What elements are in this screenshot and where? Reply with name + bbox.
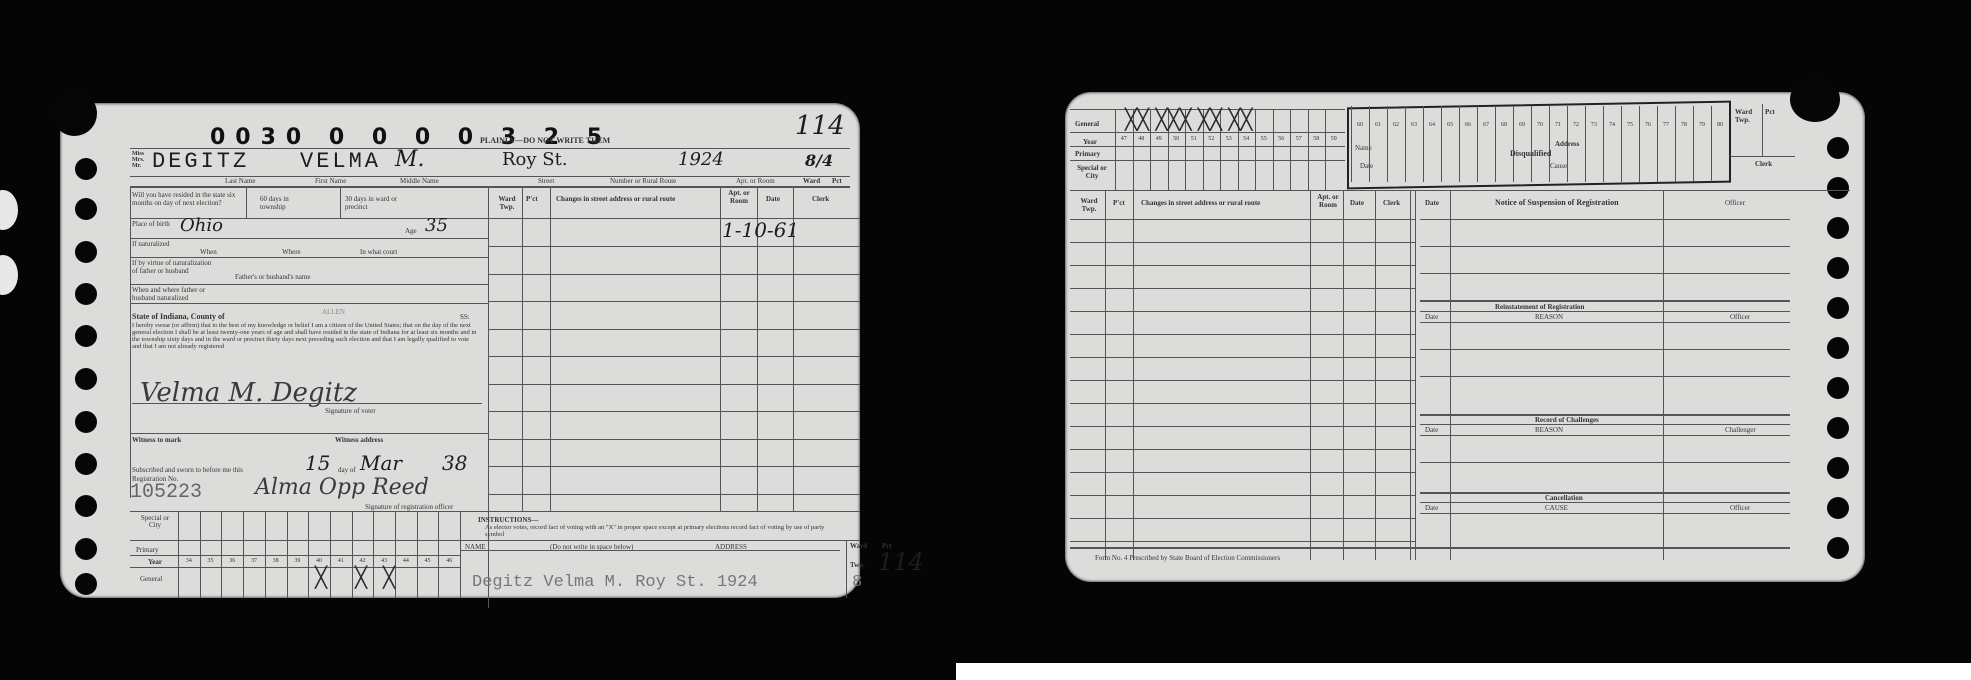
label-witness-address: Witness address (335, 436, 383, 444)
typed-name-address: Degitz Velma M. Roy St. 1924 (472, 573, 758, 592)
col-cancel-officer: Officer (1730, 504, 1750, 512)
vote-mark: ╳╳ ╳╳╳ ╳╳ ╳╳ (1125, 107, 1252, 131)
number-value: 1924 (678, 149, 724, 170)
year-cell: 54 (1238, 136, 1256, 142)
table-row-line (1070, 495, 1415, 496)
col-cancel-cause: CAUSE (1545, 504, 1568, 512)
reinstatement-title: Reinstatement of Registration (1495, 303, 1584, 311)
table-row-line (1070, 242, 1415, 243)
label-residency-state: Will you have resided in the state six m… (132, 191, 242, 207)
year-cell: 80 (1711, 122, 1729, 128)
first-name-value: VELMA (300, 149, 381, 174)
middle-name-value: M. (395, 147, 425, 172)
col-clerk: Clerk (1383, 199, 1400, 207)
table-row-line (1070, 334, 1415, 335)
label-street: Street (538, 177, 554, 185)
year-cell: 66 (1459, 122, 1477, 128)
year-cell: 79 (1693, 122, 1711, 128)
punch-hole (75, 325, 97, 347)
table-row-line (488, 356, 860, 357)
label-box-date: Date (1360, 162, 1373, 170)
change-date-value: 1-10-61 (722, 218, 799, 242)
label-ward: Ward (803, 177, 820, 185)
table-row-line (1070, 449, 1415, 450)
year-cell: 63 (1405, 122, 1423, 128)
col-suspension-date: Date (1425, 199, 1439, 207)
year-cell: 46 (438, 558, 460, 564)
table-row-line (1070, 288, 1415, 289)
label-when-where: When and where father or husband natural… (132, 286, 222, 302)
col-clerk: Clerk (812, 195, 829, 203)
county-value: ALLEN (322, 308, 345, 316)
cancellation-title: Cancellation (1545, 494, 1583, 502)
col-pct: P'ct (1113, 199, 1125, 207)
place-of-birth-value: Ohio (180, 215, 223, 236)
ward-pct-value: 8/4 (805, 151, 833, 170)
label-last-name: Last Name (225, 177, 256, 185)
table-row-line (1070, 380, 1415, 381)
table-row-line (488, 384, 860, 385)
year-cell: 41 (330, 558, 352, 564)
challenges-title: Record of Challenges (1535, 416, 1599, 424)
table-row-line (1070, 426, 1415, 427)
year-cell: 52 (1203, 136, 1221, 142)
label-middle-name: Middle Name (400, 177, 439, 185)
year-cell: 49 (1150, 136, 1168, 142)
corner-damage (1790, 77, 1840, 122)
col-ward-twp: Ward Twp. (494, 195, 520, 211)
punch-hole (75, 411, 97, 433)
punch-hole (1827, 497, 1849, 519)
label-state-county: State of Indiana, County of (132, 313, 225, 321)
label-year: Year (148, 558, 162, 566)
day-value: 15 (305, 451, 330, 475)
col-ward-twp: Ward Twp. (1075, 197, 1103, 213)
registration-card-back: General Year Primary Special or City 474… (1065, 92, 1865, 582)
label-primary: Primary (1075, 150, 1100, 158)
year-value: 38 (442, 451, 467, 475)
label-signature: Signature of voter (325, 407, 376, 415)
year-cell: 60 (1351, 122, 1369, 128)
col-reinstatement-date: Date (1425, 313, 1438, 321)
table-row-line (488, 301, 860, 302)
year-cell: 56 (1273, 136, 1291, 142)
label-primary: Primary (136, 546, 159, 554)
label-naturalized: If naturalized (132, 240, 177, 248)
label-ward-bottom: Ward (850, 542, 867, 550)
year-cell: 68 (1495, 122, 1513, 128)
table-row-line (1070, 541, 1415, 542)
corner-note: 114 (795, 111, 845, 141)
typed-ward: 8 (852, 573, 862, 592)
col-date: Date (766, 195, 780, 203)
label-ward-twp-top: Ward Twp. (1735, 108, 1759, 124)
year-cell: 50 (1168, 136, 1186, 142)
film-edge-mark (0, 255, 18, 295)
year-cell: 61 (1369, 122, 1387, 128)
officer-signature: Alma Opp Reed (255, 475, 429, 500)
label-number: Number or Rural Route (610, 177, 676, 185)
year-cell: 59 (1325, 136, 1343, 142)
year-cell: 36 (221, 558, 243, 564)
punch-hole (75, 241, 97, 263)
year-cell: 78 (1675, 122, 1693, 128)
table-row-line (488, 466, 860, 467)
table-row-line (1070, 357, 1415, 358)
label-clerk-top: Clerk (1755, 160, 1772, 168)
punch-hole (1827, 417, 1849, 439)
punch-hole (1827, 297, 1849, 319)
vote-mark: ╳ (355, 565, 367, 589)
age-value: 35 (425, 215, 448, 236)
month-value: Mar (360, 451, 402, 475)
vote-mark: ╳ (315, 565, 327, 589)
label-apt: Apt. or Room (736, 177, 775, 185)
year-cell: 38 (265, 558, 287, 564)
punch-hole (75, 573, 97, 595)
punch-hole (1827, 457, 1849, 479)
last-name-value: DEGITZ (152, 149, 249, 174)
table-row-line (1070, 403, 1415, 404)
punch-hole (75, 538, 97, 560)
col-challenge-reason: REASON (1535, 426, 1563, 434)
year-cell: 57 (1290, 136, 1308, 142)
salutation-labels: MissMrs.Mr. (132, 151, 144, 169)
year-cell: 40 (308, 558, 330, 564)
label-year: Year (1083, 138, 1097, 146)
label-box-cause: Cause (1550, 162, 1567, 170)
table-row-line (488, 329, 860, 330)
punch-hole (1827, 217, 1849, 239)
col-suspension-notice: Notice of Suspension of Registration (1495, 199, 1619, 207)
label-special-city: Special or City (1077, 164, 1107, 180)
label-residency-ward: 30 days in ward or precinct (345, 195, 405, 211)
year-cell: 74 (1603, 122, 1621, 128)
label-special-city: Special or City (140, 515, 170, 529)
punch-hole (75, 495, 97, 517)
year-cell: 39 (287, 558, 309, 564)
label-box-address: Address (1555, 140, 1579, 148)
label-officer-signature: Signature of registration officer (365, 503, 453, 511)
label-twp-bottom: Twp. (850, 561, 865, 569)
punch-hole (75, 283, 97, 305)
punch-hole (1827, 177, 1849, 199)
col-pct: P'ct (526, 195, 538, 203)
instructions-title: INSTRUCTIONS— (478, 516, 538, 524)
year-cell: 69 (1513, 122, 1531, 128)
label-ss: SS: (460, 313, 470, 321)
year-cell: 70 (1531, 122, 1549, 128)
label-day-of: day of (338, 466, 356, 474)
label-first-name: First Name (315, 177, 346, 185)
punch-hole (75, 158, 97, 180)
label-where: Where (282, 248, 301, 256)
punch-hole (1827, 537, 1849, 559)
year-cell: 34 (178, 558, 200, 564)
year-cell: 51 (1185, 136, 1203, 142)
punch-hole (1827, 257, 1849, 279)
year-cell: 42 (352, 558, 374, 564)
label-when: When (200, 248, 217, 256)
table-row-line (488, 246, 860, 247)
pct-value-bottom: 114 (878, 548, 924, 576)
label-box-name: Name (1355, 144, 1372, 152)
year-cell: 44 (395, 558, 417, 564)
table-row-line (1070, 518, 1415, 519)
col-apt-room: Apt. or Room (726, 189, 752, 205)
label-witness-mark: Witness to mark (132, 436, 181, 444)
label-virtue: If by virtue of naturalization of father… (132, 259, 212, 275)
table-row-line (488, 494, 860, 495)
year-cell: 76 (1639, 122, 1657, 128)
punch-hole (1827, 377, 1849, 399)
year-cell: 48 (1133, 136, 1151, 142)
year-cell: 71 (1549, 122, 1567, 128)
registration-number: 105223 (130, 481, 202, 504)
year-cell: 67 (1477, 122, 1495, 128)
year-cell: 77 (1657, 122, 1675, 128)
punch-hole (75, 368, 97, 390)
page-bottom-strip (956, 663, 1971, 680)
label-subscribed: Subscribed and sworn to before me this (132, 466, 243, 474)
col-suspension-officer: Officer (1725, 199, 1745, 207)
label-disqualified: Disqualified (1510, 150, 1551, 158)
registration-card-front: 0030 0 0 0 0 3 2 5 PLAINLY—DO NOT WRITE … (60, 103, 860, 598)
label-age: Age (405, 227, 417, 235)
vote-mark: ╳ (383, 565, 395, 589)
col-challenge-date: Date (1425, 426, 1438, 434)
year-cell: 64 (1423, 122, 1441, 128)
col-reinstatement-officer: Officer (1730, 313, 1750, 321)
label-general: General (1075, 120, 1099, 128)
year-cell: 73 (1585, 122, 1603, 128)
year-cell: 72 (1567, 122, 1585, 128)
table-row-line (1070, 265, 1415, 266)
year-cell: 58 (1308, 136, 1326, 142)
punch-hole (75, 453, 97, 475)
table-row-line (488, 411, 860, 412)
year-cell: 75 (1621, 122, 1639, 128)
year-cell: 37 (243, 558, 265, 564)
punch-hole (75, 198, 97, 220)
punch-hole (1827, 137, 1849, 159)
film-edge-mark (0, 190, 18, 230)
year-cell: 62 (1387, 122, 1405, 128)
year-cell: 65 (1441, 122, 1459, 128)
punch-hole (1827, 337, 1849, 359)
table-row-line (488, 274, 860, 275)
label-general: General (140, 575, 162, 583)
label-pct-top: Pct (1765, 108, 1775, 116)
col-changes: Changes in street address or rural route (556, 195, 675, 203)
table-row-line (1070, 311, 1415, 312)
year-cell: 55 (1255, 136, 1273, 142)
col-changes: Changes in street address or rural route (1141, 199, 1260, 207)
label-residency-township: 60 days in township (260, 195, 310, 211)
form-footer: Form No. 4 Prescribed by State Board of … (1095, 554, 1280, 562)
instructions-text: As elector votes, record fact of voting … (485, 524, 845, 538)
label-place-of-birth: Place of birth (132, 220, 172, 228)
street-value: Roy St. (502, 149, 568, 170)
col-date: Date (1350, 199, 1364, 207)
year-cell: 43 (373, 558, 395, 564)
label-pct: Pct (832, 177, 842, 185)
label-court: In what court (360, 248, 397, 256)
table-row-line (488, 439, 860, 440)
label-father-name: Father's or husband's name (235, 273, 310, 281)
col-apt-room: Apt. or Room (1315, 193, 1341, 209)
year-cell: 35 (200, 558, 222, 564)
col-reinstatement-reason: REASON (1535, 313, 1563, 321)
year-cell: 47 (1115, 136, 1133, 142)
table-row-line (1070, 472, 1415, 473)
col-challenger: Challenger (1725, 426, 1756, 434)
col-cancel-date: Date (1425, 504, 1438, 512)
corner-damage (52, 91, 97, 136)
oath-text: I hereby swear (or affirm) that to the b… (132, 322, 477, 350)
year-cell: 53 (1220, 136, 1238, 142)
year-cell: 45 (417, 558, 439, 564)
header-notice: PLAINLY—DO NOT WRITE THEM (480, 137, 610, 145)
